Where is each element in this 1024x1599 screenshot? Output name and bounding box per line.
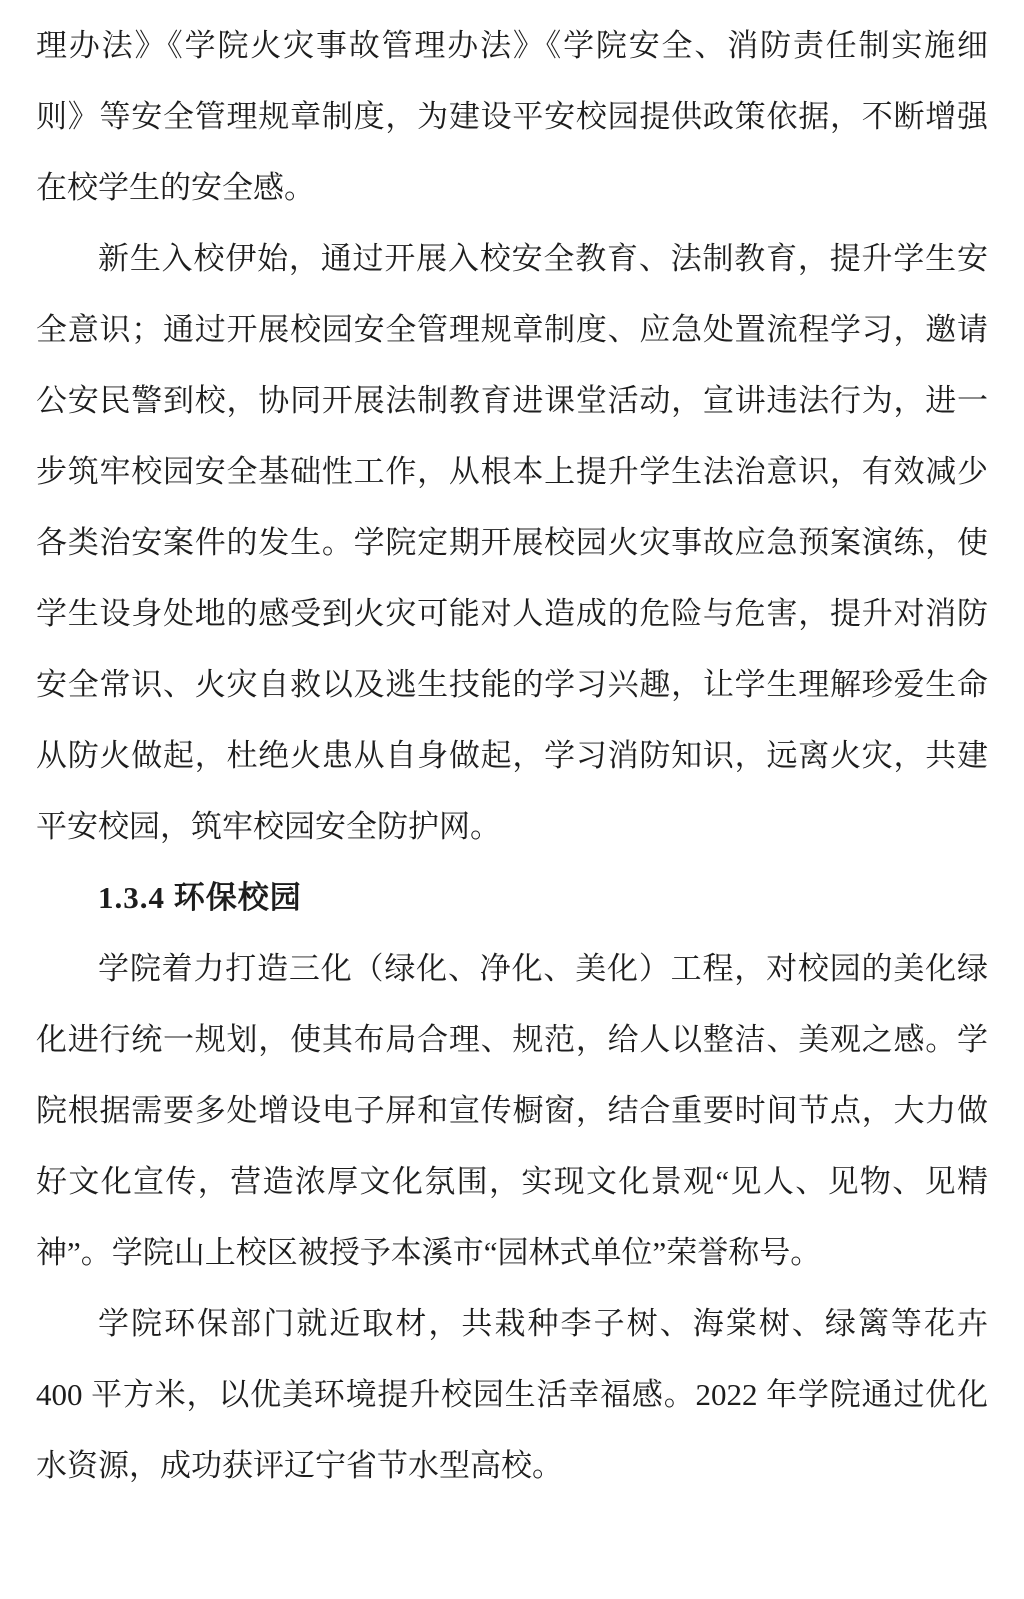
text-line: 各类治安案件的发生。学院定期开展校园火灾事故应急预案演练，使	[36, 507, 988, 578]
document-content: 理办法》《学院火灾事故管理办法》《学院安全、消防责任制实施细则》等安全管理规章制…	[0, 0, 1024, 1501]
text-line: 学生设身处地的感受到火灾可能对人造成的危险与危害，提升对消防	[36, 578, 988, 649]
text-line: 平安校园，筑牢校园安全防护网。	[36, 791, 988, 862]
text-line: 从防火做起，杜绝火患从自身做起，学习消防知识，远离火灾，共建	[36, 720, 988, 791]
text-line: 学院环保部门就近取材，共栽种李子树、海棠树、绿篱等花卉	[36, 1288, 988, 1359]
text-line: 则》等安全管理规章制度，为建设平安校园提供政策依据，不断增强	[36, 81, 988, 152]
text-line: 院根据需要多处增设电子屏和宣传橱窗，结合重要时间节点，大力做	[36, 1075, 988, 1146]
heading-line: 1.3.4 环保校园	[36, 862, 988, 933]
text-line: 在校学生的安全感。	[36, 152, 988, 223]
text-line: 安全常识、火灾自救以及逃生技能的学习兴趣，让学生理解珍爱生命	[36, 649, 988, 720]
text-line: 神”。学院山上校区被授予本溪市“园林式单位”荣誉称号。	[36, 1217, 988, 1288]
text-line: 新生入校伊始，通过开展入校安全教育、法制教育，提升学生安	[36, 223, 988, 294]
text-line: 好文化宣传，营造浓厚文化氛围，实现文化景观“见人、见物、见精	[36, 1146, 988, 1217]
text-line: 化进行统一规划，使其布局合理、规范，给人以整洁、美观之感。学	[36, 1004, 988, 1075]
paragraph: 理办法》《学院火灾事故管理办法》《学院安全、消防责任制实施细则》等安全管理规章制…	[36, 10, 988, 223]
document-page: 理办法》《学院火灾事故管理办法》《学院安全、消防责任制实施细则》等安全管理规章制…	[0, 0, 1024, 1599]
text-line: 400 平方米，以优美环境提升校园生活幸福感。2022 年学院通过优化	[36, 1359, 988, 1430]
paragraph: 学院环保部门就近取材，共栽种李子树、海棠树、绿篱等花卉400 平方米，以优美环境…	[36, 1288, 988, 1501]
text-line: 理办法》《学院火灾事故管理办法》《学院安全、消防责任制实施细	[36, 10, 988, 81]
section-heading: 1.3.4 环保校园	[36, 862, 988, 933]
text-line: 学院着力打造三化（绿化、净化、美化）工程，对校园的美化绿	[36, 933, 988, 1004]
text-line: 公安民警到校，协同开展法制教育进课堂活动，宣讲违法行为，进一	[36, 365, 988, 436]
text-line: 全意识；通过开展校园安全管理规章制度、应急处置流程学习，邀请	[36, 294, 988, 365]
paragraph: 学院着力打造三化（绿化、净化、美化）工程，对校园的美化绿化进行统一规划，使其布局…	[36, 933, 988, 1288]
text-line: 水资源，成功获评辽宁省节水型高校。	[36, 1430, 988, 1501]
text-line: 步筑牢校园安全基础性工作，从根本上提升学生法治意识，有效减少	[36, 436, 988, 507]
paragraph: 新生入校伊始，通过开展入校安全教育、法制教育，提升学生安全意识；通过开展校园安全…	[36, 223, 988, 862]
